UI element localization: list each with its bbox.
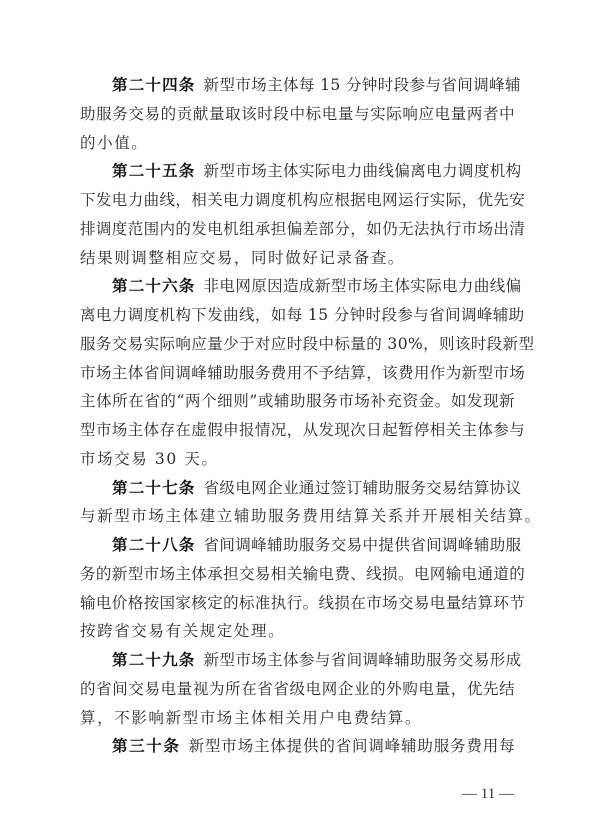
article-line: 务的新型市场主体承担交易相关输电费、线损。电网输电通道的 (80, 560, 515, 589)
article-line: 离电力调度机构下发曲线，如每 15 分钟时段参与省间调峰辅助 (80, 301, 515, 330)
document-page: 第二十四条新型市场主体每 15 分钟时段参与省间调峰辅 助服务交易的贡献量取该时… (0, 0, 590, 834)
article-25: 第二十五条新型市场主体实际电力曲线偏离电力调度机构 下发电力曲线，相关电力调度机… (80, 157, 515, 272)
article-text: 新型市场主体每 15 分钟时段参与省间调峰辅 (204, 76, 521, 94)
article-24: 第二十四条新型市场主体每 15 分钟时段参与省间调峰辅 助服务交易的贡献量取该时… (80, 71, 515, 157)
article-line: 第二十六条非电网原因造成新型市场主体实际电力曲线偏 (80, 272, 515, 301)
document-body: 第二十四条新型市场主体每 15 分钟时段参与省间调峰辅 助服务交易的贡献量取该时… (80, 71, 515, 761)
article-line: 下发电力曲线，相关电力调度机构应根据电网运行实际，优先安 (80, 186, 515, 215)
article-line: 第二十八条省间调峰辅助服务交易中提供省间调峰辅助服 (80, 531, 515, 560)
article-line: 主体所在省的“两个细则”或辅助服务市场补充资金。如发现新 (80, 387, 515, 416)
article-heading: 第二十四条 (112, 75, 196, 94)
article-line: 服务交易实际响应量少于对应时段中标量的 30%，则该时段新型 (80, 330, 515, 359)
article-text: 新型市场主体实际电力曲线偏离电力调度机构 (204, 162, 522, 180)
article-line: 的省间交易电量视为所在省省级电网企业的外购电量，优先结 (80, 675, 515, 704)
article-27: 第二十七条省级电网企业通过签订辅助服务交易结算协议 与新型市场主体建立辅助服务费… (80, 474, 515, 532)
article-heading: 第二十九条 (112, 650, 196, 669)
article-line: 第二十四条新型市场主体每 15 分钟时段参与省间调峰辅 (80, 71, 515, 100)
article-line: 市场主体省间调峰辅助服务费用不予结算，该费用作为新型市场 (80, 359, 515, 388)
article-line: 第二十九条新型市场主体参与省间调峰辅助服务交易形成 (80, 646, 515, 675)
article-heading: 第二十八条 (112, 535, 196, 554)
article-line: 排调度范围内的发电机组承担偏差部分，如仍无法执行市场出清 (80, 215, 515, 244)
article-text: 新型市场主体参与省间调峰辅助服务交易形成 (204, 651, 522, 669)
article-heading: 第三十条 (112, 736, 181, 755)
article-heading: 第二十七条 (112, 478, 196, 497)
article-line: 算，不影响新型市场主体相关用户电费结算。 (80, 704, 515, 733)
article-heading: 第二十六条 (112, 276, 196, 295)
article-line: 与新型市场主体建立辅助服务费用结算关系并开展相关结算。 (80, 502, 515, 531)
article-29: 第二十九条新型市场主体参与省间调峰辅助服务交易形成 的省间交易电量视为所在省省级… (80, 646, 515, 732)
article-line: 助服务交易的贡献量取该时段中标电量与实际响应电量两者中 (80, 100, 515, 129)
article-text: 新型市场主体提供的省间调峰辅助服务费用每 (189, 737, 515, 755)
article-line: 第二十五条新型市场主体实际电力曲线偏离电力调度机构 (80, 157, 515, 186)
article-28: 第二十八条省间调峰辅助服务交易中提供省间调峰辅助服 务的新型市场主体承担交易相关… (80, 531, 515, 646)
article-line: 的小值。 (80, 129, 515, 158)
article-line: 输电价格按国家核定的标准执行。线损在市场交易电量结算环节 (80, 589, 515, 618)
article-line: 按跨省交易有关规定处理。 (80, 617, 515, 646)
article-heading: 第二十五条 (112, 161, 196, 180)
article-line: 市场交易 30 天。 (80, 445, 515, 474)
article-line: 型市场主体存在虚假申报情况，从发现次日起暂停相关主体参与 (80, 416, 515, 445)
article-line: 第三十条新型市场主体提供的省间调峰辅助服务费用每 (80, 732, 515, 761)
article-30: 第三十条新型市场主体提供的省间调峰辅助服务费用每 (80, 732, 515, 761)
article-line: 结果则调整相应交易，同时做好记录备查。 (80, 244, 515, 273)
page-number: — 11 — (460, 784, 516, 804)
article-line: 第二十七条省级电网企业通过签订辅助服务交易结算协议 (80, 474, 515, 503)
article-text: 省级电网企业通过签订辅助服务交易结算协议 (204, 479, 522, 497)
article-text: 非电网原因造成新型市场主体实际电力曲线偏 (204, 277, 522, 295)
article-text: 省间调峰辅助服务交易中提供省间调峰辅助服 (204, 536, 522, 554)
article-26: 第二十六条非电网原因造成新型市场主体实际电力曲线偏 离电力调度机构下发曲线，如每… (80, 272, 515, 473)
